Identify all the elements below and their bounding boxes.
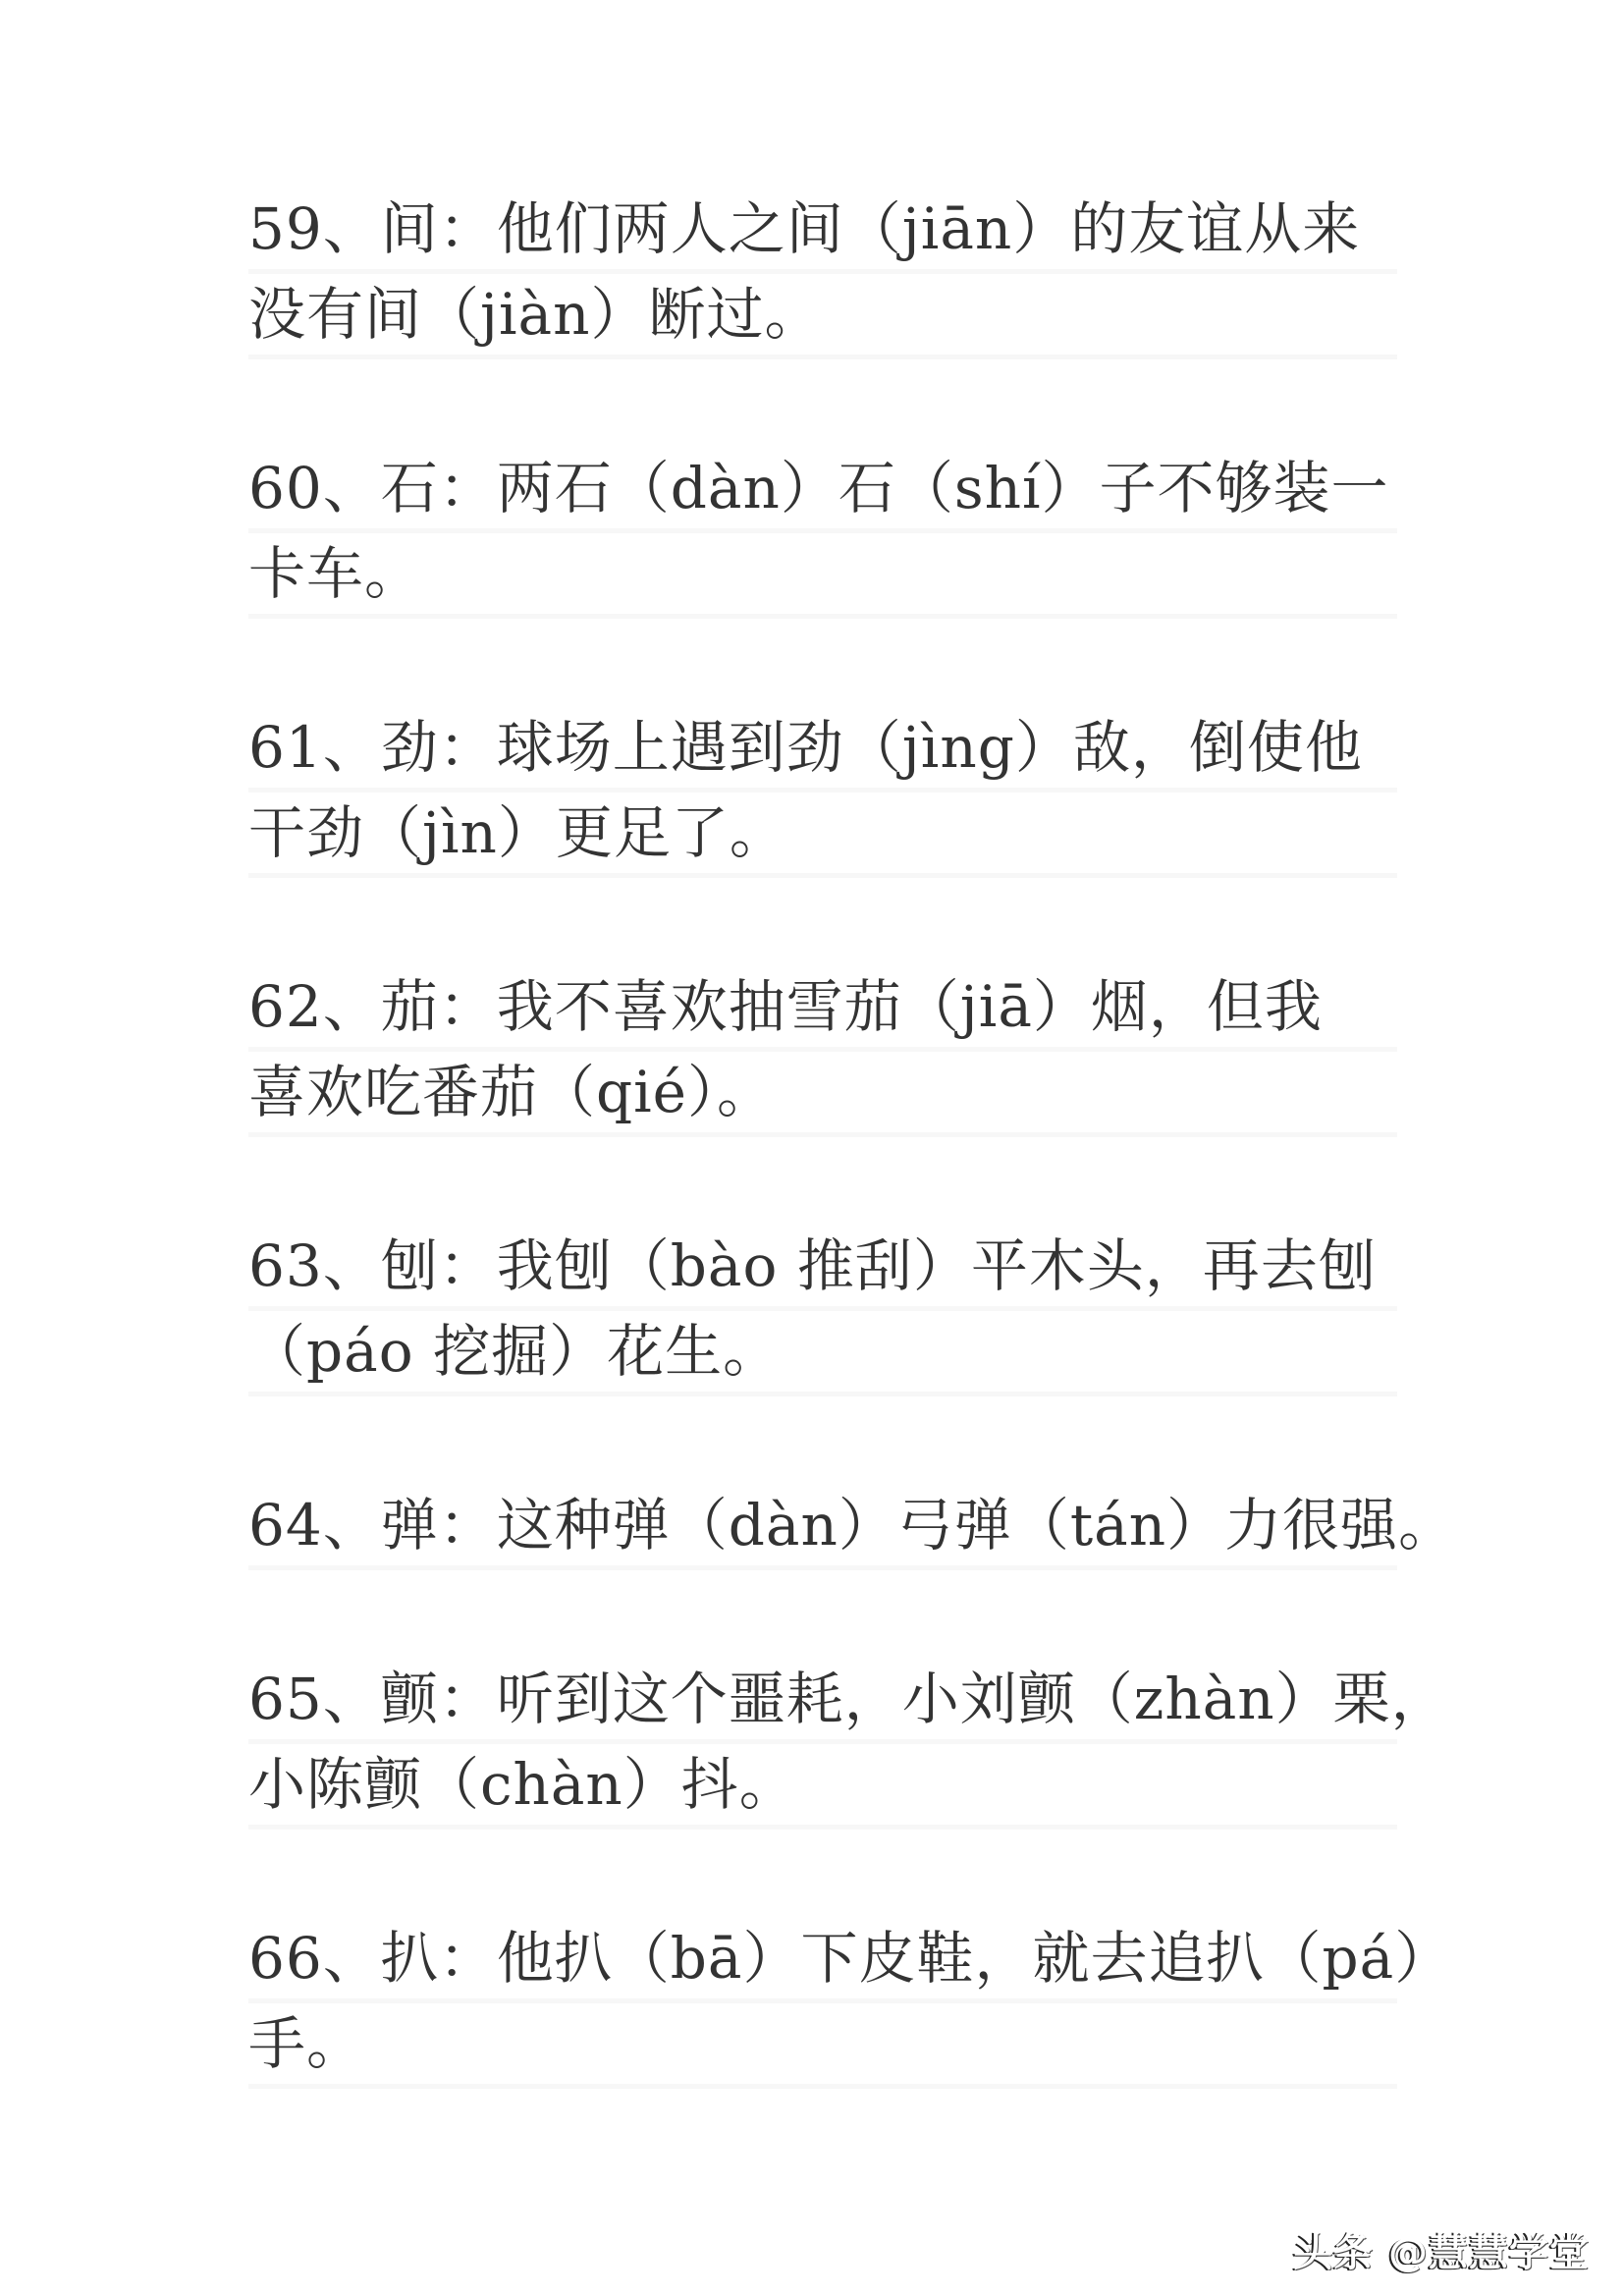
entry-line: 62、茄：我不喜欢抽雪茄（jiā）烟，但我 bbox=[248, 964, 1397, 1050]
entry-66: 66、扒：他扒（bā）下皮鞋，就去追扒（pá） 手。 bbox=[248, 1916, 1397, 2087]
entry-line: 61、劲：球场上遇到劲（jìng）敌，倒使他 bbox=[248, 705, 1397, 791]
entry-line: 喜欢吃番茄（qié）。 bbox=[248, 1050, 1397, 1135]
entry-line: 59、间：他们两人之间（jiān）的友谊从来 bbox=[248, 187, 1397, 272]
entry-line: 没有间（jiàn）断过。 bbox=[248, 272, 1397, 357]
entry-line: 66、扒：他扒（bā）下皮鞋，就去追扒（pá） bbox=[248, 1916, 1397, 2001]
watermark: 头条 @慧慧学堂 bbox=[1293, 2221, 1590, 2277]
entry-line: 64、弹：这种弹（dàn）弓弹（tán）力很强。 bbox=[248, 1483, 1397, 1568]
entry-line: 65、颤：听到这个噩耗，小刘颤（zhàn）栗， bbox=[248, 1657, 1397, 1742]
entry-line: 卡车。 bbox=[248, 531, 1397, 617]
entry-64: 64、弹：这种弹（dàn）弓弹（tán）力很强。 bbox=[248, 1483, 1397, 1568]
entry-line: （páo 挖掘）花生。 bbox=[248, 1309, 1397, 1394]
entry-line: 60、石：两石（dàn）石（shí）子不够装一 bbox=[248, 446, 1397, 531]
entry-65: 65、颤：听到这个噩耗，小刘颤（zhàn）栗， 小陈颤（chàn）抖。 bbox=[248, 1657, 1397, 1828]
entry-62: 62、茄：我不喜欢抽雪茄（jiā）烟，但我 喜欢吃番茄（qié）。 bbox=[248, 964, 1397, 1135]
entry-63: 63、刨：我刨（bào 推刮）平木头，再去刨 （páo 挖掘）花生。 bbox=[248, 1224, 1397, 1394]
entry-line: 手。 bbox=[248, 2001, 1397, 2087]
document-page: 59、间：他们两人之间（jiān）的友谊从来 没有间（jiàn）断过。 60、石… bbox=[248, 187, 1397, 2175]
entry-line: 干劲（jìn）更足了。 bbox=[248, 791, 1397, 876]
entry-59: 59、间：他们两人之间（jiān）的友谊从来 没有间（jiàn）断过。 bbox=[248, 187, 1397, 357]
entry-line: 小陈颤（chàn）抖。 bbox=[248, 1742, 1397, 1828]
entry-60: 60、石：两石（dàn）石（shí）子不够装一 卡车。 bbox=[248, 446, 1397, 617]
entry-61: 61、劲：球场上遇到劲（jìng）敌，倒使他 干劲（jìn）更足了。 bbox=[248, 705, 1397, 876]
entry-line: 63、刨：我刨（bào 推刮）平木头，再去刨 bbox=[248, 1224, 1397, 1309]
